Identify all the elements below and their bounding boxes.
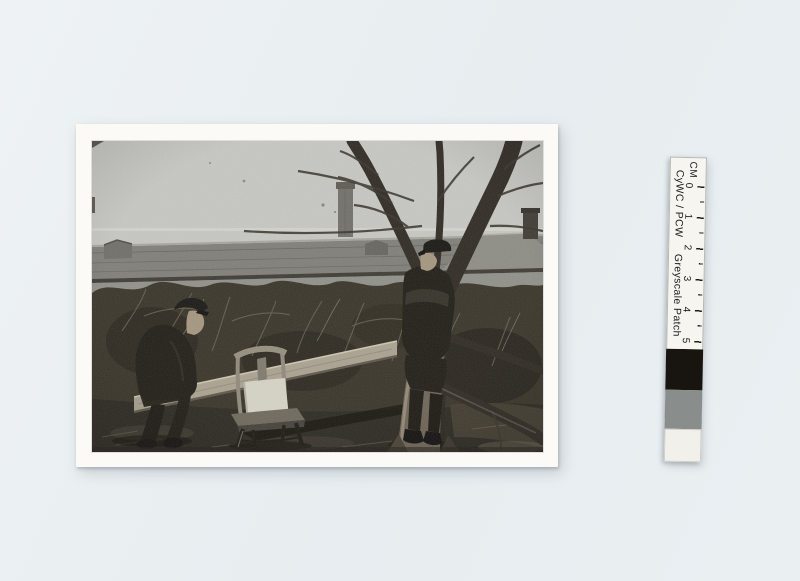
ruler-number: 4 xyxy=(680,303,691,315)
photo-print xyxy=(76,124,558,467)
strip-unit-label: CM xyxy=(687,161,698,175)
strip-caption-title: Greyscale Patch xyxy=(670,254,684,337)
ruler-number: 1 xyxy=(682,210,693,222)
greyscale-strip: CyWC / PCW Greyscale Patch CM 0 1 2 3 4 … xyxy=(664,157,707,463)
vignette xyxy=(92,141,543,452)
ruler-number: 2 xyxy=(682,241,693,253)
white-patch xyxy=(664,429,702,463)
grey-patch xyxy=(665,390,703,430)
strip-label-area: CyWC / PCW Greyscale Patch CM 0 1 2 3 4 … xyxy=(666,157,707,350)
black-patch xyxy=(665,349,703,391)
scanner-bed: CyWC / PCW Greyscale Patch CM 0 1 2 3 4 … xyxy=(0,0,800,581)
ruler-number: 0 xyxy=(683,179,694,191)
ruler-number: 5 xyxy=(680,334,691,346)
photo-image xyxy=(92,141,543,452)
ruler-number: 3 xyxy=(681,272,692,284)
